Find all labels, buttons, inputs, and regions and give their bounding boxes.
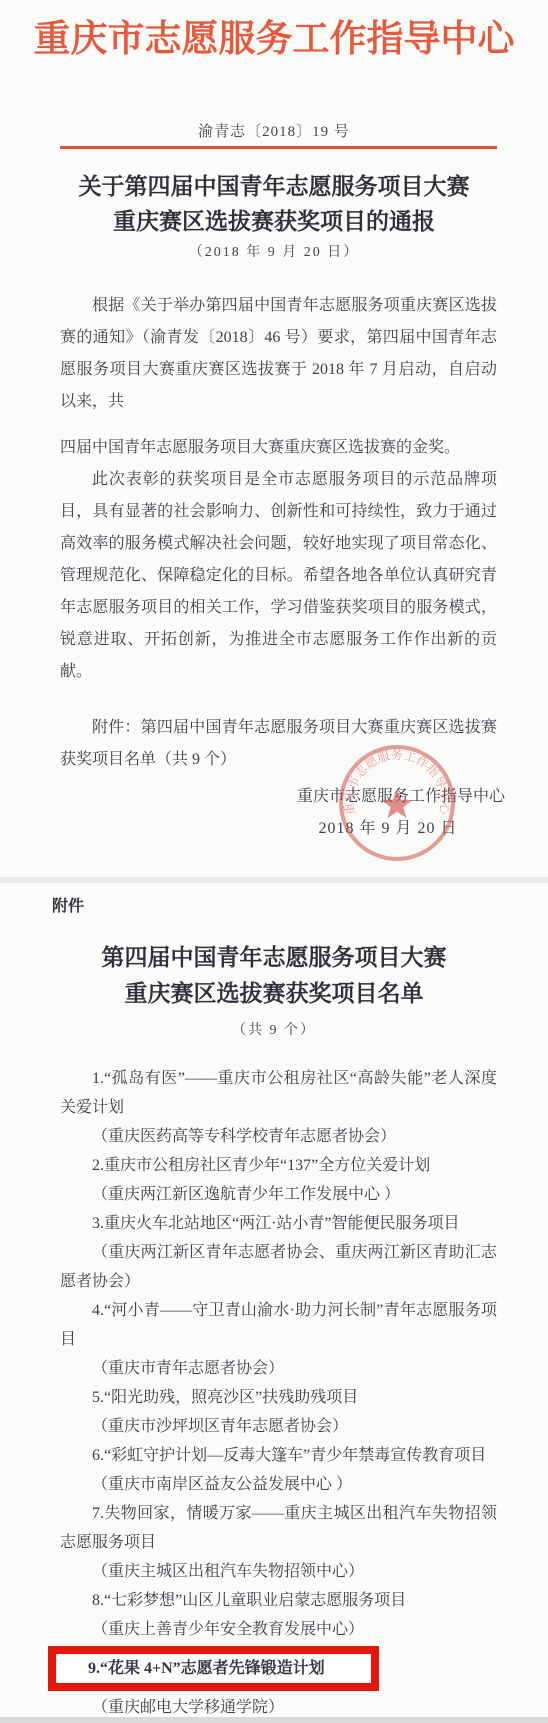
award-item-title: 3.重庆火车北站地区“两江·站小青”智能便民服务项目: [60, 1209, 497, 1238]
notice-paragraph-1-continuation: 四届中国青年志愿服务项目大赛重庆赛区选拔赛的金奖。: [60, 432, 497, 464]
award-item: 3.重庆火车北站地区“两江·站小青”智能便民服务项目 （重庆两江新区青年志愿者协…: [60, 1209, 497, 1296]
official-document-page: 重庆市志愿服务工作指导中心 渝青志〔2018〕19 号 关于第四届中国青年志愿服…: [0, 0, 548, 1723]
award-item: 2.重庆市公租房社区青少年“137”全方位关爱计划 （重庆两江新区逸航青少年工作…: [60, 1151, 497, 1209]
award-item-title: 5.“阳光助残，照亮沙区”扶残助残项目: [60, 1383, 497, 1412]
signature-org: 重庆市志愿服务工作指导中心: [293, 783, 509, 806]
award-item-title: 1.“孤岛有医”——重庆市公租房社区“高龄失能”老人深度关爱计划: [60, 1064, 497, 1122]
award-item-org: （重庆市青年志愿者协会）: [60, 1354, 497, 1383]
award-item-title: 6.“彩虹守护计划—反毒大篷车”青少年禁毒宣传教育项目: [60, 1441, 497, 1470]
attachment-note: 附件：第四届中国青年志愿服务项目大赛重庆赛区选拔赛获奖项目名单（共 9 个）: [60, 712, 497, 776]
award-item: 1.“孤岛有医”——重庆市公租房社区“高龄失能”老人深度关爱计划 （重庆医药高等…: [60, 1064, 497, 1151]
award-item: 4.“河小青——守卫青山渝水·助力河长制”青年志愿服务项目 （重庆市青年志愿者协…: [60, 1296, 497, 1383]
notice-body: 根据《关于举办第四届中国青年志愿服务项重庆赛区选拔赛的通知》（渝青发〔2018〕…: [60, 290, 497, 776]
award-item-title: 9.“花果 4+N”志愿者先锋锻造计划: [56, 1654, 371, 1683]
award-item-title: 2.重庆市公租房社区青少年“137”全方位关爱计划: [60, 1151, 497, 1180]
award-item: 7.失物回家，情暖万家——重庆主城区出租汽车失物招领志愿服务项目 （重庆主城区出…: [60, 1499, 497, 1586]
signature-date: 2018 年 9 月 20 日: [280, 815, 496, 838]
award-item-org: （重庆医药高等专科学校青年志愿者协会）: [60, 1122, 497, 1151]
letterhead-rule: [60, 146, 497, 149]
award-item-title: 8.“七彩梦想”山区儿童职业启蒙志愿服务项目: [60, 1586, 497, 1615]
notice-paragraph-1: 根据《关于举办第四届中国青年志愿服务项重庆赛区选拔赛的通知》（渝青发〔2018〕…: [60, 290, 497, 418]
page-bottom-edge: [0, 1717, 548, 1723]
award-item: 6.“彩虹守护计划—反毒大篷车”青少年禁毒宣传教育项目 （重庆市南岸区益友公益发…: [60, 1441, 497, 1499]
highlight-box: 9.“花果 4+N”志愿者先锋锻造计划: [48, 1646, 379, 1691]
award-item: 8.“七彩梦想”山区儿童职业启蒙志愿服务项目 （重庆上善青少年安全教育发展中心）: [60, 1586, 497, 1644]
notice-title: 关于第四届中国青年志愿服务项目大赛 重庆赛区选拔赛获奖项目的通报: [0, 169, 548, 239]
notice-date: （2018 年 9 月 20 日）: [0, 241, 548, 261]
award-item-org: （重庆上善青少年安全教育发展中心）: [60, 1615, 497, 1644]
award-item-org: （重庆两江新区逸航青少年工作发展中心 ）: [60, 1180, 497, 1209]
notice-paragraph-2: 此次表彰的获奖项目是全市志愿服务项目的示范品牌项目，具有显著的社会影响力、创新性…: [60, 464, 497, 688]
document-number: 渝青志〔2018〕19 号: [0, 120, 548, 141]
section-divider: [0, 877, 548, 883]
award-item-org: （重庆主城区出租汽车失物招领中心）: [60, 1557, 497, 1586]
award-item-highlighted: 9.“花果 4+N”志愿者先锋锻造计划 （重庆邮电大学移通学院）: [60, 1646, 497, 1722]
attachment-title-line1: 第四届中国青年志愿服务项目大赛: [0, 940, 548, 976]
attachment-title-line2: 重庆赛区选拔赛获奖项目名单: [0, 976, 548, 1012]
award-list: 1.“孤岛有医”——重庆市公租房社区“高龄失能”老人深度关爱计划 （重庆医药高等…: [60, 1064, 497, 1722]
notice-title-line1: 关于第四届中国青年志愿服务项目大赛: [0, 169, 548, 204]
award-item-org: （重庆市南岸区益友公益发展中心 ）: [60, 1470, 497, 1499]
award-item: 5.“阳光助残，照亮沙区”扶残助残项目 （重庆市沙坪坝区青年志愿者协会）: [60, 1383, 497, 1441]
award-item-title: 4.“河小青——守卫青山渝水·助力河长制”青年志愿服务项目: [60, 1296, 497, 1354]
award-item-org: （重庆市沙坪坝区青年志愿者协会）: [60, 1412, 497, 1441]
notice-title-line2: 重庆赛区选拔赛获奖项目的通报: [0, 204, 548, 239]
award-item-title: 7.失物回家，情暖万家——重庆主城区出租汽车失物招领志愿服务项目: [60, 1499, 497, 1557]
award-item-org: （重庆两江新区青年志愿者协会、重庆两江新区青助汇志愿者协会）: [60, 1238, 497, 1296]
attachment-label: 附件: [52, 893, 84, 916]
attachment-count: （共 9 个）: [0, 1019, 548, 1039]
attachment-title: 第四届中国青年志愿服务项目大赛 重庆赛区选拔赛获奖项目名单: [0, 940, 548, 1012]
letterhead-org-name: 重庆市志愿服务工作指导中心: [0, 8, 548, 62]
